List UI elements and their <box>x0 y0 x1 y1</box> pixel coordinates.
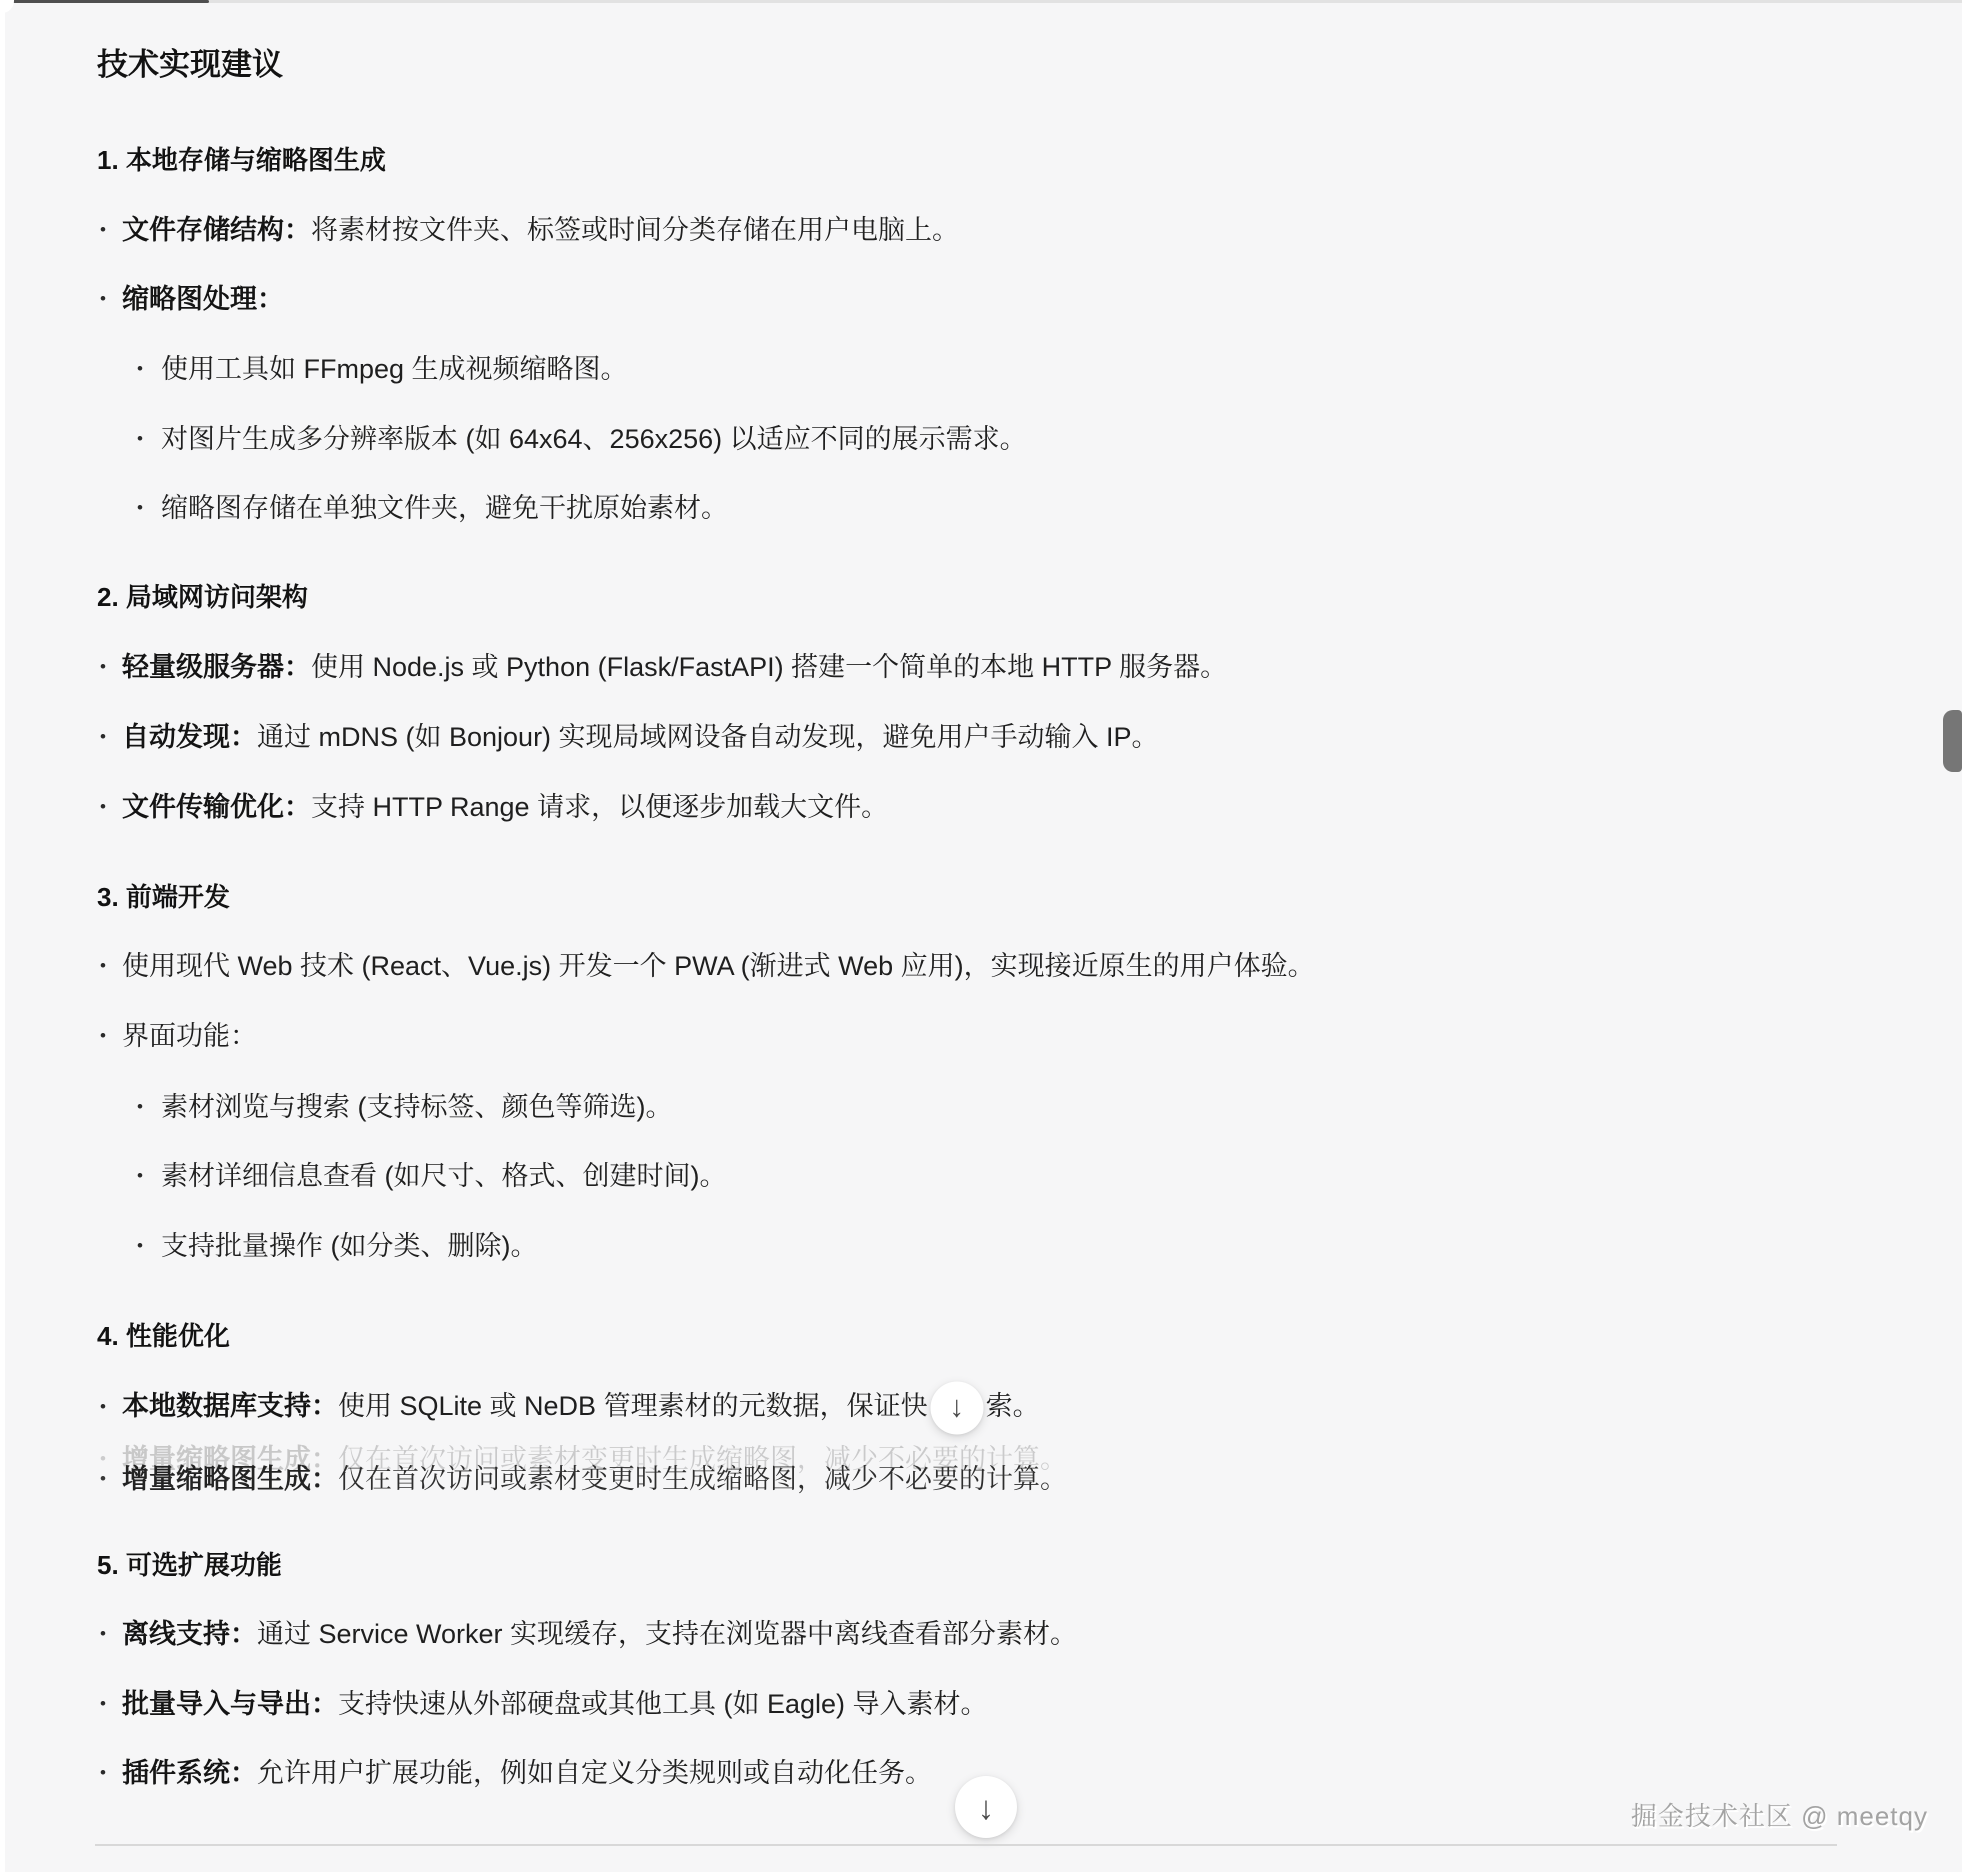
bullet-item: •文件存储结构：将素材按文件夹、标签或时间分类存储在用户电脑上。 <box>0 210 1962 250</box>
bullet-item: •文件传输优化：支持 HTTP Range 请求，以便逐步加载大文件。 <box>0 787 1962 827</box>
sub-bullet-item: •素材详细信息查看 (如尺寸、格式、创建时间)。 <box>0 1156 1962 1196</box>
bullet-marker: • <box>137 1087 143 1127</box>
top-border-dark-segment <box>13 0 209 3</box>
top-border <box>0 0 1962 3</box>
sub-bullet-item: •支持批量操作 (如分类、删除)。 <box>0 1226 1962 1266</box>
section-heading-4: 4. 性能优化 <box>0 1316 1962 1356</box>
bullet-marker: • <box>100 647 106 687</box>
scroll-to-bottom-button[interactable]: ↓ <box>955 1776 1017 1838</box>
section-heading-1: 1. 本地存储与缩略图生成 <box>0 140 1962 180</box>
bullet-text: 支持批量操作 (如分类、删除)。 <box>161 1231 537 1261</box>
bullet-marker: • <box>100 787 106 827</box>
bullet-item: •缩略图处理： <box>0 279 1962 319</box>
sub-bullet-item: •缩略图存储在单独文件夹，避免干扰原始素材。 <box>0 488 1962 528</box>
bullet-text: 索。 <box>986 1391 1040 1421</box>
bullet-label: 批量导入与导出： <box>122 1689 338 1719</box>
bullet-item: •离线支持：通过 Service Worker 实现缓存，支持在浏览器中离线查看… <box>0 1614 1962 1654</box>
bullet-item: •使用现代 Web 技术 (React、Vue.js) 开发一个 PWA (渐进… <box>0 946 1962 986</box>
bullet-text: 将素材按文件夹、标签或时间分类存储在用户电脑上。 <box>311 215 959 245</box>
bullet-item: •自动发现：通过 mDNS (如 Bonjour) 实现局域网设备自动发现，避免… <box>0 717 1962 757</box>
bullet-text: 使用工具如 FFmpeg 生成视频缩略图。 <box>161 354 628 384</box>
sub-bullet-item: •素材浏览与搜索 (支持标签、颜色等筛选)。 <box>0 1087 1962 1127</box>
bullet-item: •批量导入与导出：支持快速从外部硬盘或其他工具 (如 Eagle) 导入素材。 <box>0 1684 1962 1724</box>
bullet-text: 支持快速从外部硬盘或其他工具 (如 Eagle) 导入素材。 <box>338 1689 988 1719</box>
bullet-marker: • <box>137 488 143 528</box>
bullet-text: 对图片生成多分辨率版本 (如 64x64、256x256) 以适应不同的展示需求… <box>161 424 1027 454</box>
scrollbar-thumb[interactable] <box>1943 710 1962 772</box>
arrow-down-icon: ↓ <box>949 1393 964 1423</box>
bullet-label: 轻量级服务器： <box>122 652 311 682</box>
scroll-down-button[interactable]: ↓ <box>930 1381 983 1434</box>
bullet-marker: • <box>100 1016 106 1056</box>
bullet-text: 仅在首次访问或素材变更时生成缩略图，减少不必要的计算。 <box>338 1464 1067 1494</box>
bullet-marker: • <box>100 1614 106 1654</box>
section-heading-3: 3. 前端开发 <box>0 877 1962 917</box>
bullet-text: 使用现代 Web 技术 (React、Vue.js) 开发一个 PWA (渐进式… <box>122 951 1315 981</box>
bullet-marker: • <box>137 1226 143 1266</box>
bullet-label: 缩略图处理： <box>122 284 284 314</box>
bullet-text: 素材详细信息查看 (如尺寸、格式、创建时间)。 <box>161 1161 726 1191</box>
bullet-marker: • <box>100 1684 106 1724</box>
bullet-label: 本地数据库支持： <box>122 1391 338 1421</box>
bullet-text: 使用 SQLite 或 NeDB 管理素材的元数据，保证快 <box>338 1391 928 1421</box>
bullet-marker: • <box>100 210 106 250</box>
bullet-text: 界面功能： <box>122 1021 257 1051</box>
bullet-marker: • <box>100 1459 106 1499</box>
bottom-divider <box>95 1844 1837 1846</box>
page-title: 技术实现建议 <box>0 43 1962 87</box>
bullet-marker: • <box>100 1753 106 1793</box>
bullet-item-with-scroll-button: •本地数据库支持：使用 SQLite 或 NeDB 管理素材的元数据，保证快↓索… <box>0 1386 1962 1428</box>
watermark: 掘金技术社区 @ meetqy <box>1631 1796 1928 1833</box>
scroll-button-gap: ↓ <box>928 1388 986 1428</box>
bullet-marker: • <box>100 717 106 757</box>
bullet-item: •增量缩略图生成：仅在首次访问或素材变更时生成缩略图，减少不必要的计算。 <box>0 1459 1962 1499</box>
bullet-marker: • <box>137 1156 143 1196</box>
bullet-text: 缩略图存储在单独文件夹，避免干扰原始素材。 <box>161 493 728 523</box>
bullet-marker: • <box>100 946 106 986</box>
section-heading-5: 5. 可选扩展功能 <box>0 1545 1962 1585</box>
bullet-marker: • <box>100 279 106 319</box>
sub-bullet-item: •使用工具如 FFmpeg 生成视频缩略图。 <box>0 349 1962 389</box>
bullet-marker: • <box>137 419 143 459</box>
bullet-label: 文件存储结构： <box>122 215 311 245</box>
top-left-corner <box>0 0 14 13</box>
bullet-marker: • <box>137 349 143 389</box>
bullet-text: 通过 Service Worker 实现缓存，支持在浏览器中离线查看部分素材。 <box>257 1619 1077 1649</box>
bullet-text: 支持 HTTP Range 请求，以便逐步加载大文件。 <box>311 792 888 822</box>
bullet-text: 允许用户扩展功能，例如自定义分类规则或自动化任务。 <box>257 1758 932 1788</box>
bullet-item: •界面功能： <box>0 1016 1962 1056</box>
arrow-down-icon: ↓ <box>978 1791 995 1824</box>
bullet-label: 自动发现： <box>122 722 257 752</box>
bullet-label: 插件系统： <box>122 1758 257 1788</box>
sub-bullet-item: •对图片生成多分辨率版本 (如 64x64、256x256) 以适应不同的展示需… <box>0 419 1962 459</box>
bullet-label: 增量缩略图生成： <box>122 1464 338 1494</box>
bullet-label: 离线支持： <box>122 1619 257 1649</box>
bullet-text: 通过 mDNS (如 Bonjour) 实现局域网设备自动发现，避免用户手动输入… <box>257 722 1159 752</box>
section-heading-2: 2. 局域网访问架构 <box>0 577 1962 617</box>
bullet-label: 文件传输优化： <box>122 792 311 822</box>
bullet-text: 使用 Node.js 或 Python (Flask/FastAPI) 搭建一个… <box>311 652 1227 682</box>
bullet-item: •轻量级服务器：使用 Node.js 或 Python (Flask/FastA… <box>0 647 1962 687</box>
bullet-text: 素材浏览与搜索 (支持标签、颜色等筛选)。 <box>161 1092 672 1122</box>
bullet-marker: • <box>100 1387 106 1427</box>
